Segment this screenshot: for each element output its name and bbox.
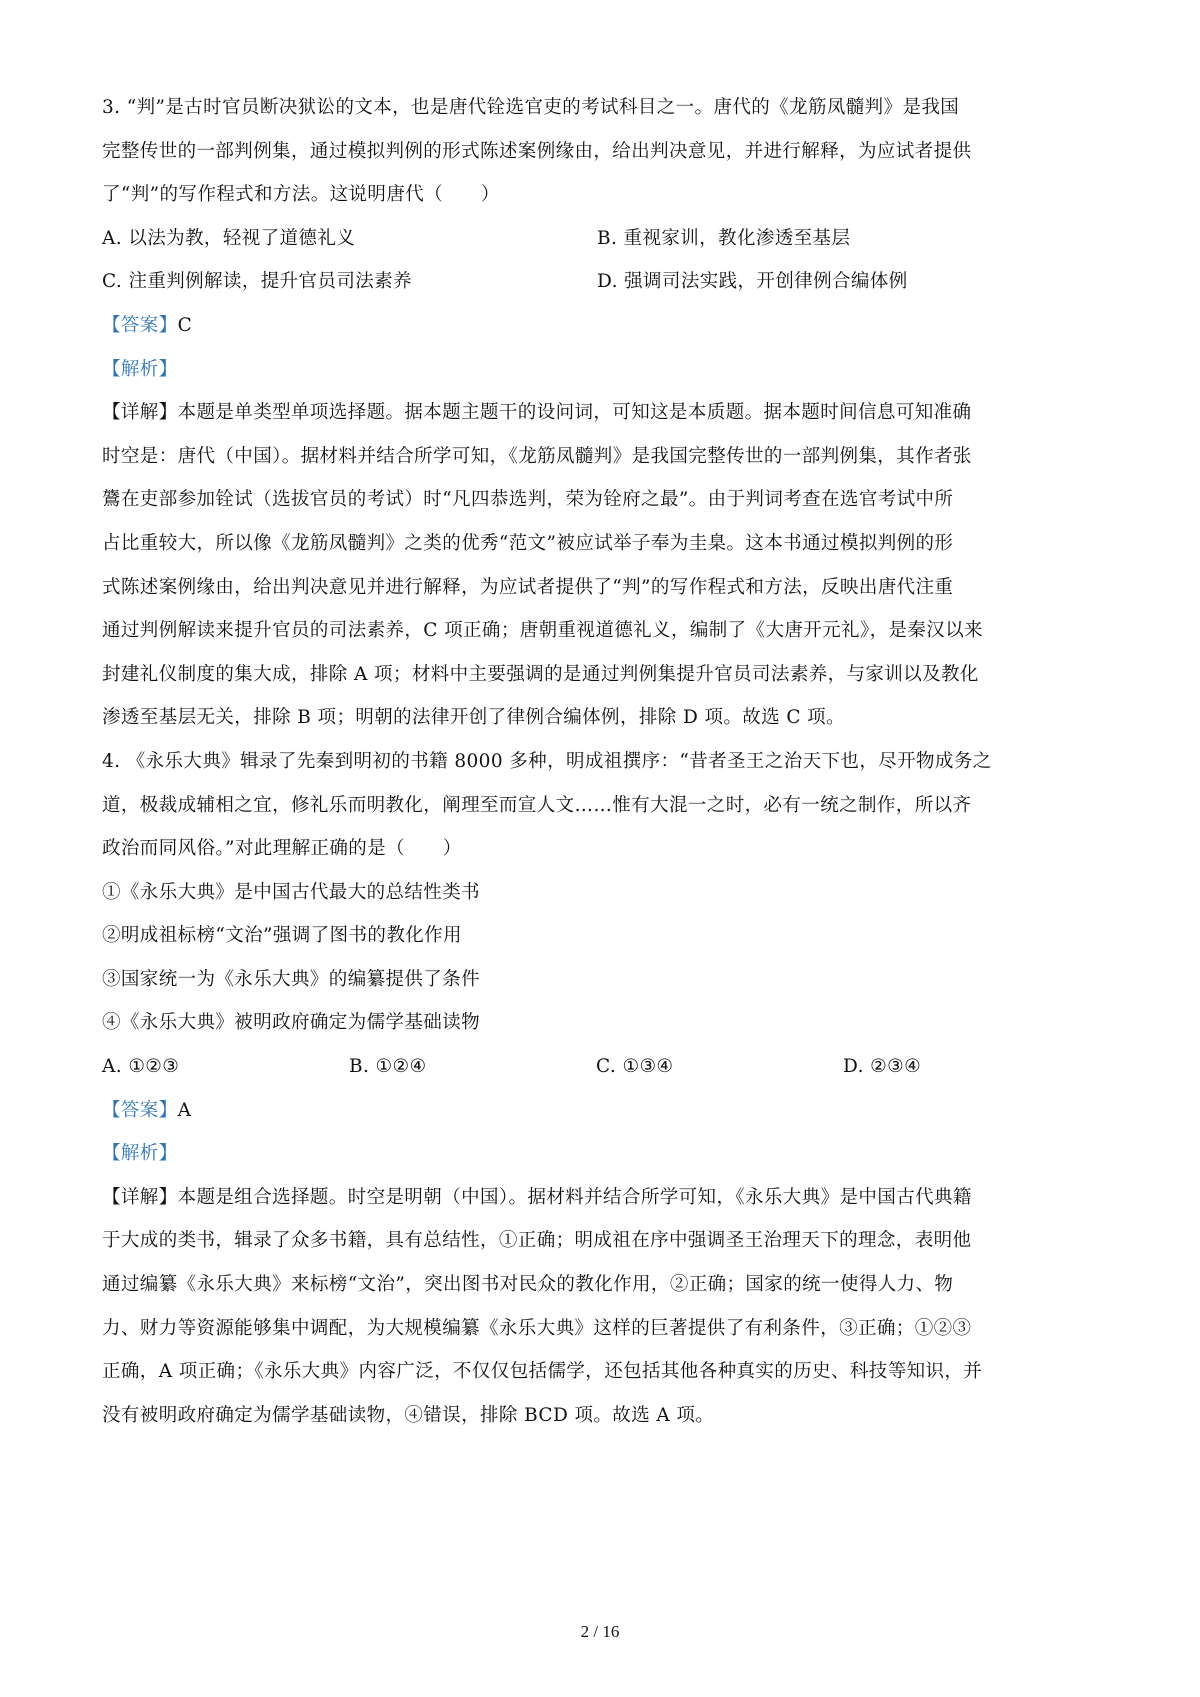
answer-label: 【答案】	[102, 1100, 178, 1121]
q3-stem-line-3: 了“判”的写作程式和方法。这说明唐代（ ）	[102, 173, 1102, 217]
q3-detail-line-2: 时空是：唐代（中国）。据材料并结合所学可知，《龙筋凤髓判》是我国完整传世的一部判…	[102, 435, 1102, 479]
q3-stem-line-1: 3. “判”是古时官员断决狱讼的文本，也是唐代铨选官吏的考试科目之一。唐代的《龙…	[102, 86, 1102, 130]
q3-option-a: A. 以法为教，轻视了道德礼义	[102, 217, 597, 261]
q4-statement-4: ④《永乐大典》被明政府确定为儒学基础读物	[102, 1001, 1102, 1045]
answer-value: C	[178, 315, 193, 336]
q3-analysis-heading: 【解析】	[102, 348, 1102, 392]
q4-option-a: A. ①②③	[102, 1045, 349, 1089]
q3-detail-line-4: 占比重较大，所以像《龙筋凤髓判》之类的优秀“范文”被应试举子奉为圭臬。这本书通过…	[102, 522, 1102, 566]
analysis-label: 【解析】	[102, 1143, 178, 1164]
q4-statement-2: ②明成祖标榜“文治”强调了图书的教化作用	[102, 914, 1102, 958]
answer-label: 【答案】	[102, 315, 178, 336]
q3-detail-line-3: 鷟在吏部参加铨试（选拔官员的考试）时“凡四恭选判，荣为铨府之最”。由于判词考查在…	[102, 478, 1102, 522]
q3-answer: 【答案】C	[102, 304, 1102, 348]
q4-answer: 【答案】A	[102, 1089, 1102, 1133]
q4-stem-line-1: 4. 《永乐大典》辑录了先秦到明初的书籍 8000 多种，明成祖撰序：“昔者圣王…	[102, 740, 1102, 784]
q3-detail-line-5: 式陈述案例缘由，给出判决意见并进行解释，为应试者提供了“判”的写作程式和方法，反…	[102, 566, 1102, 610]
q4-stem-line-2: 道，极裁成辅相之宜，修礼乐而明教化，阐理至而宣人文……惟有大混一之时，必有一统之…	[102, 784, 1102, 828]
detail-text: 本题是组合选择题。时空是明朝（中国）。据材料并结合所学可知，《永乐大典》是中国古…	[178, 1187, 972, 1208]
q4-detail-line-1: 【详解】本题是组合选择题。时空是明朝（中国）。据材料并结合所学可知，《永乐大典》…	[102, 1176, 1102, 1220]
q4-options-row: A. ①②③ B. ①②④ C. ①③④ D. ②③④	[102, 1045, 1102, 1089]
q4-option-d: D. ②③④	[843, 1045, 921, 1089]
q3-options-row-1: A. 以法为教，轻视了道德礼义 B. 重视家训，教化渗透至基层	[102, 217, 1102, 261]
q4-detail-line-6: 没有被明政府确定为儒学基础读物，④错误，排除 BCD 项。故选 A 项。	[102, 1394, 1102, 1438]
q4-detail-line-4: 力、财力等资源能够集中调配，为大规模编纂《永乐大典》这样的巨著提供了有利条件，③…	[102, 1307, 1102, 1351]
answer-value: A	[178, 1100, 192, 1121]
q3-option-c: C. 注重判例解读，提升官员司法素养	[102, 260, 597, 304]
q3-option-b: B. 重视家训，教化渗透至基层	[597, 217, 850, 261]
q4-statement-3: ③国家统一为《永乐大典》的编纂提供了条件	[102, 958, 1102, 1002]
q4-detail-line-3: 通过编纂《永乐大典》来标榜“文治”，突出图书对民众的教化作用，②正确；国家的统一…	[102, 1263, 1102, 1307]
q3-detail-line-1: 【详解】本题是单类型单项选择题。据本题主题干的设问词，可知这是本质题。据本题时间…	[102, 391, 1102, 435]
q3-options-row-2: C. 注重判例解读，提升官员司法素养 D. 强调司法实践，开创律例合编体例	[102, 260, 1102, 304]
document-page: 3. “判”是古时官员断决狱讼的文本，也是唐代铨选官吏的考试科目之一。唐代的《龙…	[102, 86, 1102, 1437]
q4-statement-1: ①《永乐大典》是中国古代最大的总结性类书	[102, 871, 1102, 915]
q3-detail-line-8: 渗透至基层无关，排除 B 项；明朝的法律开创了律例合编体例，排除 D 项。故选 …	[102, 696, 1102, 740]
detail-label: 【详解】	[102, 402, 178, 423]
q4-stem-line-3: 政治而同风俗。”对此理解正确的是（ ）	[102, 827, 1102, 871]
q4-option-b: B. ①②④	[349, 1045, 596, 1089]
q3-stem-line-2: 完整传世的一部判例集，通过模拟判例的形式陈述案例缘由，给出判决意见，并进行解释，…	[102, 130, 1102, 174]
q4-option-c: C. ①③④	[596, 1045, 843, 1089]
q3-detail-line-6: 通过判例解读来提升官员的司法素养，C 项正确；唐朝重视道德礼义，编制了《大唐开元…	[102, 609, 1102, 653]
q4-detail-line-5: 正确，A 项正确；《永乐大典》内容广泛，不仅仅包括儒学，还包括其他各种真实的历史…	[102, 1350, 1102, 1394]
analysis-label: 【解析】	[102, 359, 178, 380]
question-4: 4. 《永乐大典》辑录了先秦到明初的书籍 8000 多种，明成祖撰序：“昔者圣王…	[102, 740, 1102, 1438]
page-number: 2 / 16	[0, 1622, 1200, 1642]
detail-text: 本题是单类型单项选择题。据本题主题干的设问词，可知这是本质题。据本题时间信息可知…	[178, 402, 972, 423]
q3-detail-line-7: 封建礼仪制度的集大成，排除 A 项；材料中主要强调的是通过判例集提升官员司法素养…	[102, 653, 1102, 697]
q4-detail-line-2: 于大成的类书，辑录了众多书籍，具有总结性，①正确；明成祖在序中强调圣王治理天下的…	[102, 1219, 1102, 1263]
q3-option-d: D. 强调司法实践，开创律例合编体例	[597, 260, 908, 304]
detail-label: 【详解】	[102, 1187, 178, 1208]
question-3: 3. “判”是古时官员断决狱讼的文本，也是唐代铨选官吏的考试科目之一。唐代的《龙…	[102, 86, 1102, 740]
q4-analysis-heading: 【解析】	[102, 1132, 1102, 1176]
